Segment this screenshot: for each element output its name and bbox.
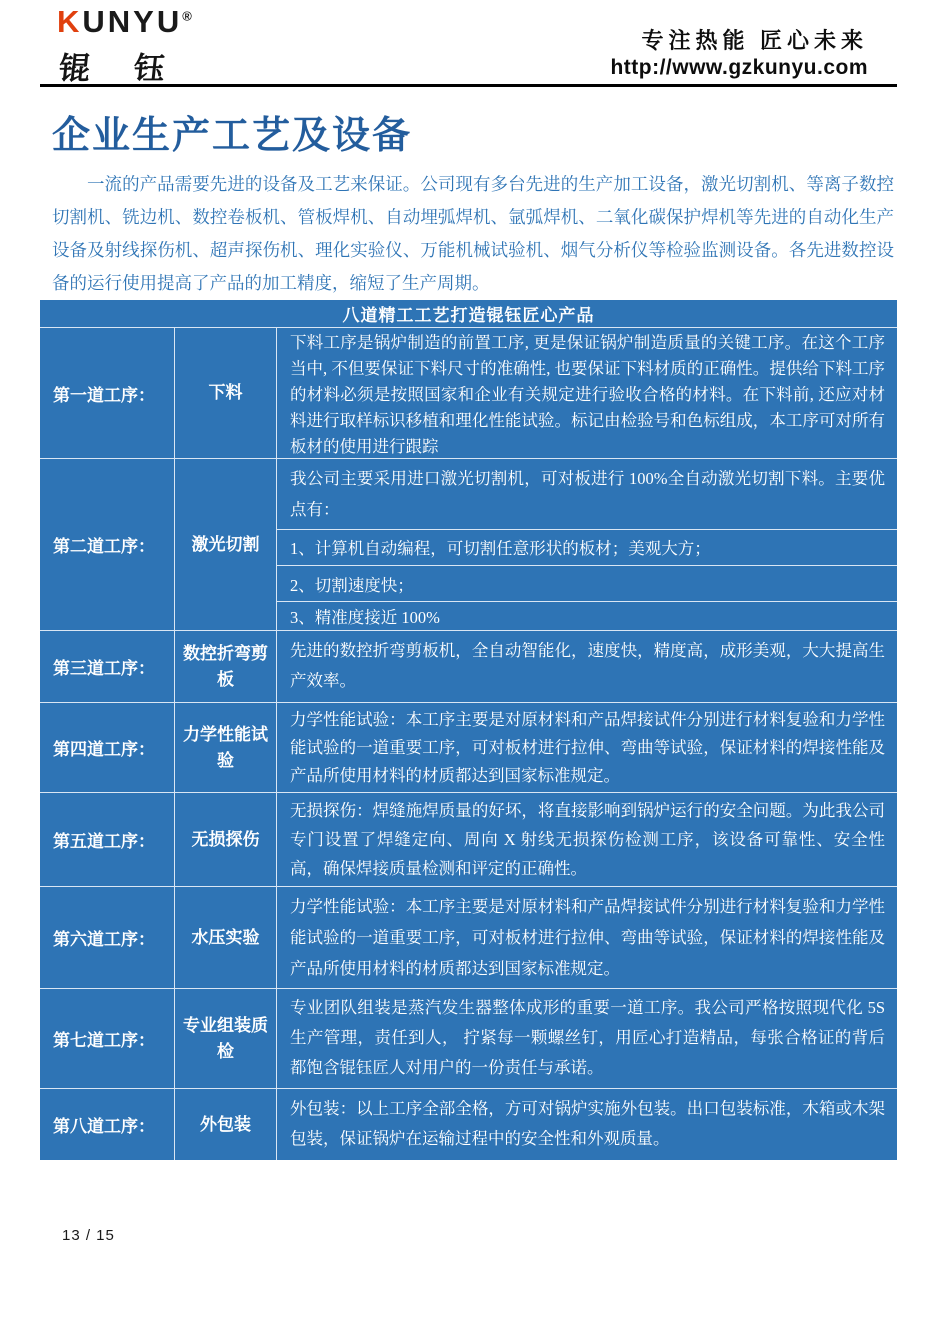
table-row-2: 第二道工序： 激光切割 我公司主要采用进口激光切割机，可对板进行 100%全自动… [40,458,897,630]
description-part-1: 我公司主要采用进口激光切割机，可对板进行 100%全自动激光切割下料。主要优点有… [277,459,897,529]
company-slogan: 专注热能 匠心未来 [610,28,868,54]
description-cell: 专业团队组装是蒸汽发生器整体成形的重要一道工序。我公司严格按照现代化 5S 生产… [276,989,897,1088]
description-cell: 我公司主要采用进口激光切割机，可对板进行 100%全自动激光切割下料。主要优点有… [276,459,897,630]
stage-cell: 第四道工序： [40,703,174,792]
header-right: 专注热能 匠心未来 http://www.gzkunyu.com [610,28,868,80]
logo-letters-rest: UNYU [82,4,182,39]
stage-label: 第七道工序： [53,1026,155,1051]
process-label: 数控折弯剪板 [180,641,271,692]
stage-cell: 第八道工序： [40,1089,174,1160]
process-label: 下料 [209,380,243,406]
description-cell: 力学性能试验：本工序主要是对原材料和产品焊接试件分别进行材料复验和力学性能试验的… [276,887,897,988]
page-title: 企业生产工艺及设备 [52,104,412,159]
table-row-7: 第七道工序： 专业组装质检 专业团队组装是蒸汽发生器整体成形的重要一道工序。我公… [40,988,897,1088]
header-divider [40,84,897,87]
description-part-2: 1、计算机自动编程，可切割任意形状的板材；美观大方； [277,529,897,566]
stage-cell: 第六道工序： [40,887,174,988]
process-label: 外包装 [200,1112,251,1138]
description-cell: 力学性能试验：本工序主要是对原材料和产品焊接试件分别进行材料复验和力学性能试验的… [276,703,897,792]
process-label: 专业组装质检 [180,1013,271,1064]
logo-wordmark: KUNYU® [57,6,192,39]
process-label: 无损探伤 [192,827,260,853]
page-number: 13 / 15 [62,1227,115,1244]
registered-trademark-icon: ® [182,9,192,24]
description-part-4: 3、精准度接近 100% [277,601,897,630]
stage-label: 第五道工序： [53,827,155,852]
description-text: 专业团队组装是蒸汽发生器整体成形的重要一道工序。我公司严格按照现代化 5S 生产… [277,989,897,1083]
description-cell: 外包装：以上工序全部全格，方可对锅炉实施外包装。出口包装标准，木箱或木架包装，保… [276,1089,897,1160]
stage-label: 第四道工序： [53,735,155,760]
process-cell: 专业组装质检 [174,989,276,1088]
stage-label: 第八道工序： [53,1112,155,1137]
stage-label: 第三道工序： [53,654,155,679]
process-cell: 力学性能试验 [174,703,276,792]
company-website-link[interactable]: http://www.gzkunyu.com [610,56,868,80]
table-row-3: 第三道工序： 数控折弯剪板 先进的数控折弯剪板机，全自动智能化，速度快，精度高，… [40,630,897,702]
process-cell: 激光切割 [174,459,276,630]
stage-cell: 第一道工序： [40,328,174,458]
process-cell: 水压实验 [174,887,276,988]
table-row-1: 第一道工序： 下料 下料工序是锅炉制造的前置工序, 更是保证锅炉制造质量的关键工… [40,327,897,458]
table-row-5: 第五道工序： 无损探伤 无损探伤：焊缝施焊质量的好坏，将直接影响到锅炉运行的安全… [40,792,897,886]
description-cell: 无损探伤：焊缝施焊质量的好坏，将直接影响到锅炉运行的安全问题。为此我公司专门设置… [276,793,897,886]
process-cell: 无损探伤 [174,793,276,886]
stage-label: 第一道工序： [53,381,155,406]
stage-label: 第二道工序： [53,532,155,557]
table-row-4: 第四道工序： 力学性能试验 力学性能试验：本工序主要是对原材料和产品焊接试件分别… [40,702,897,792]
description-text: 力学性能试验：本工序主要是对原材料和产品焊接试件分别进行材料复验和力学性能试验的… [277,703,897,790]
logo-chinese-name: 锟 钰 [57,43,197,88]
description-text: 无损探伤：焊缝施焊质量的好坏，将直接影响到锅炉运行的安全问题。为此我公司专门设置… [277,793,897,883]
description-text: 下料工序是锅炉制造的前置工序, 更是保证锅炉制造质量的关键工序。在这个工序当中,… [277,328,897,458]
description-text: 外包装：以上工序全部全格，方可对锅炉实施外包装。出口包装标准，木箱或木架包装，保… [277,1089,897,1154]
document-page: KUNYU® 锟 钰 专注热能 匠心未来 http://www.gzkunyu.… [0,0,934,1317]
logo-letter-k: K [57,4,82,39]
description-cell: 下料工序是锅炉制造的前置工序, 更是保证锅炉制造质量的关键工序。在这个工序当中,… [276,328,897,458]
description-cell: 先进的数控折弯剪板机，全自动智能化，速度快，精度高，成形美观，大大提高生产效率。 [276,631,897,702]
description-part-3: 2、切割速度快； [277,565,897,601]
stage-cell: 第二道工序： [40,459,174,630]
intro-paragraph: 一流的产品需要先进的设备及工艺来保证。公司现有多台先进的生产加工设备，激光切割机… [52,168,894,300]
stage-label: 第六道工序： [53,925,155,950]
description-text: 先进的数控折弯剪板机，全自动智能化，速度快，精度高，成形美观，大大提高生产效率。 [277,631,897,696]
process-cell: 下料 [174,328,276,458]
table-row-6: 第六道工序： 水压实验 力学性能试验：本工序主要是对原材料和产品焊接试件分别进行… [40,886,897,988]
process-label: 激光切割 [192,532,260,558]
stage-cell: 第三道工序： [40,631,174,702]
process-label: 水压实验 [192,925,260,951]
process-table: 八道精工工艺打造锟钰匠心产品 第一道工序： 下料 下料工序是锅炉制造的前置工序,… [40,300,897,1160]
process-label: 力学性能试验 [180,722,271,773]
process-cell: 数控折弯剪板 [174,631,276,702]
stage-cell: 第七道工序： [40,989,174,1088]
company-logo: KUNYU® 锟 钰 [57,6,192,88]
table-title: 八道精工工艺打造锟钰匠心产品 [40,300,897,327]
description-text: 力学性能试验：本工序主要是对原材料和产品焊接试件分别进行材料复验和力学性能试验的… [277,887,897,984]
stage-cell: 第五道工序： [40,793,174,886]
table-row-8: 第八道工序： 外包装 外包装：以上工序全部全格，方可对锅炉实施外包装。出口包装标… [40,1088,897,1160]
process-cell: 外包装 [174,1089,276,1160]
